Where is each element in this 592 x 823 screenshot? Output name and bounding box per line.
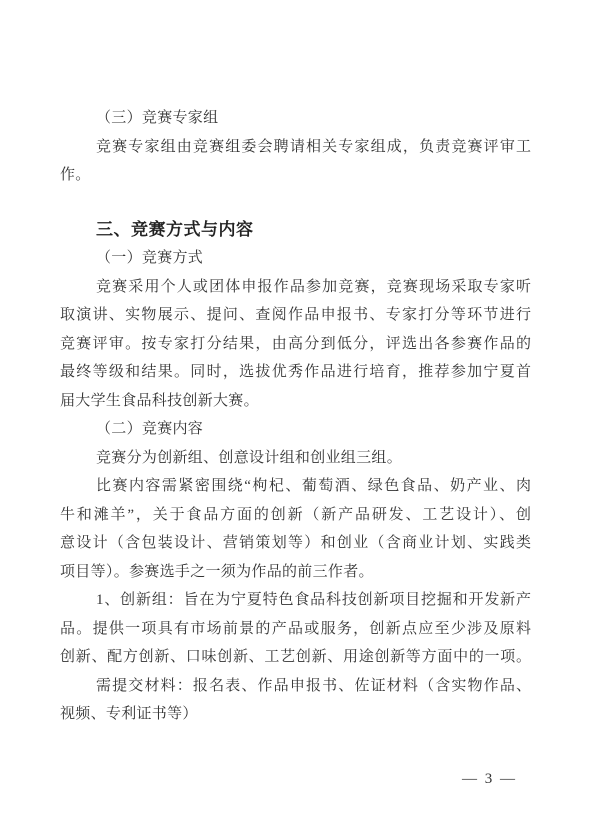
paragraph-line: 作。 xyxy=(60,161,531,190)
page-number: — 3 — xyxy=(462,771,517,788)
paragraph-line: 最终等级和结果。同时，选拔优秀作品进行培育，推荐参加宁夏首 xyxy=(60,358,531,387)
paragraph-line: 品。提供一项具有市场前景的产品或服务，创新点应至少涉及原料 xyxy=(60,615,531,644)
document-body: （三）竞赛专家组 竞赛专家组由竞赛组委会聘请相关专家组成，负责竞赛评审工 作。 … xyxy=(60,104,531,729)
paragraph-line: 竞赛采用个人或团体申报作品参加竞赛，竞赛现场采取专家听 xyxy=(60,273,531,302)
paragraph-line: 1、创新组：旨在为宁夏特色食品科技创新项目挖掘和开发新产 xyxy=(60,586,531,615)
subheading-method: （一）竞赛方式 xyxy=(60,244,531,273)
paragraph-line: 创新、配方创新、口味创新、工艺创新、用途创新等方面中的一项。 xyxy=(60,643,531,672)
paragraph-line: 意设计（含包装设计、营销策划等）和创业（含商业计划、实践类 xyxy=(60,529,531,558)
section-heading: 三、竞赛方式与内容 xyxy=(60,216,531,245)
paragraph-line: 需提交材料：报名表、作品申报书、佐证材料（含实物作品、 xyxy=(60,672,531,701)
paragraph-line: 竞赛专家组由竞赛组委会聘请相关专家组成，负责竞赛评审工 xyxy=(60,133,531,162)
paragraph-line: 取演讲、实物展示、提问、查阅作品申报书、专家打分等环节进行 xyxy=(60,301,531,330)
paragraph-line: 竞赛评审。按专家打分结果，由高分到低分，评选出各参赛作品的 xyxy=(60,330,531,359)
subheading-expert-group: （三）竞赛专家组 xyxy=(60,104,531,133)
paragraph-line: 届大学生食品科技创新大赛。 xyxy=(60,387,531,416)
paragraph-line: 视频、专利证书等） xyxy=(60,700,531,729)
paragraph-line: 竞赛分为创新组、创意设计组和创业组三组。 xyxy=(60,444,531,473)
subheading-content: （二）竞赛内容 xyxy=(60,415,531,444)
paragraph-line: 比赛内容需紧密围绕“枸杞、葡萄酒、绿色食品、奶产业、肉 xyxy=(60,472,531,501)
paragraph-line: 项目等）。参赛选手之一须为作品的前三作者。 xyxy=(60,558,531,587)
paragraph-line: 牛和滩羊”，关于食品方面的创新（新产品研发、工艺设计）、创 xyxy=(60,501,531,530)
